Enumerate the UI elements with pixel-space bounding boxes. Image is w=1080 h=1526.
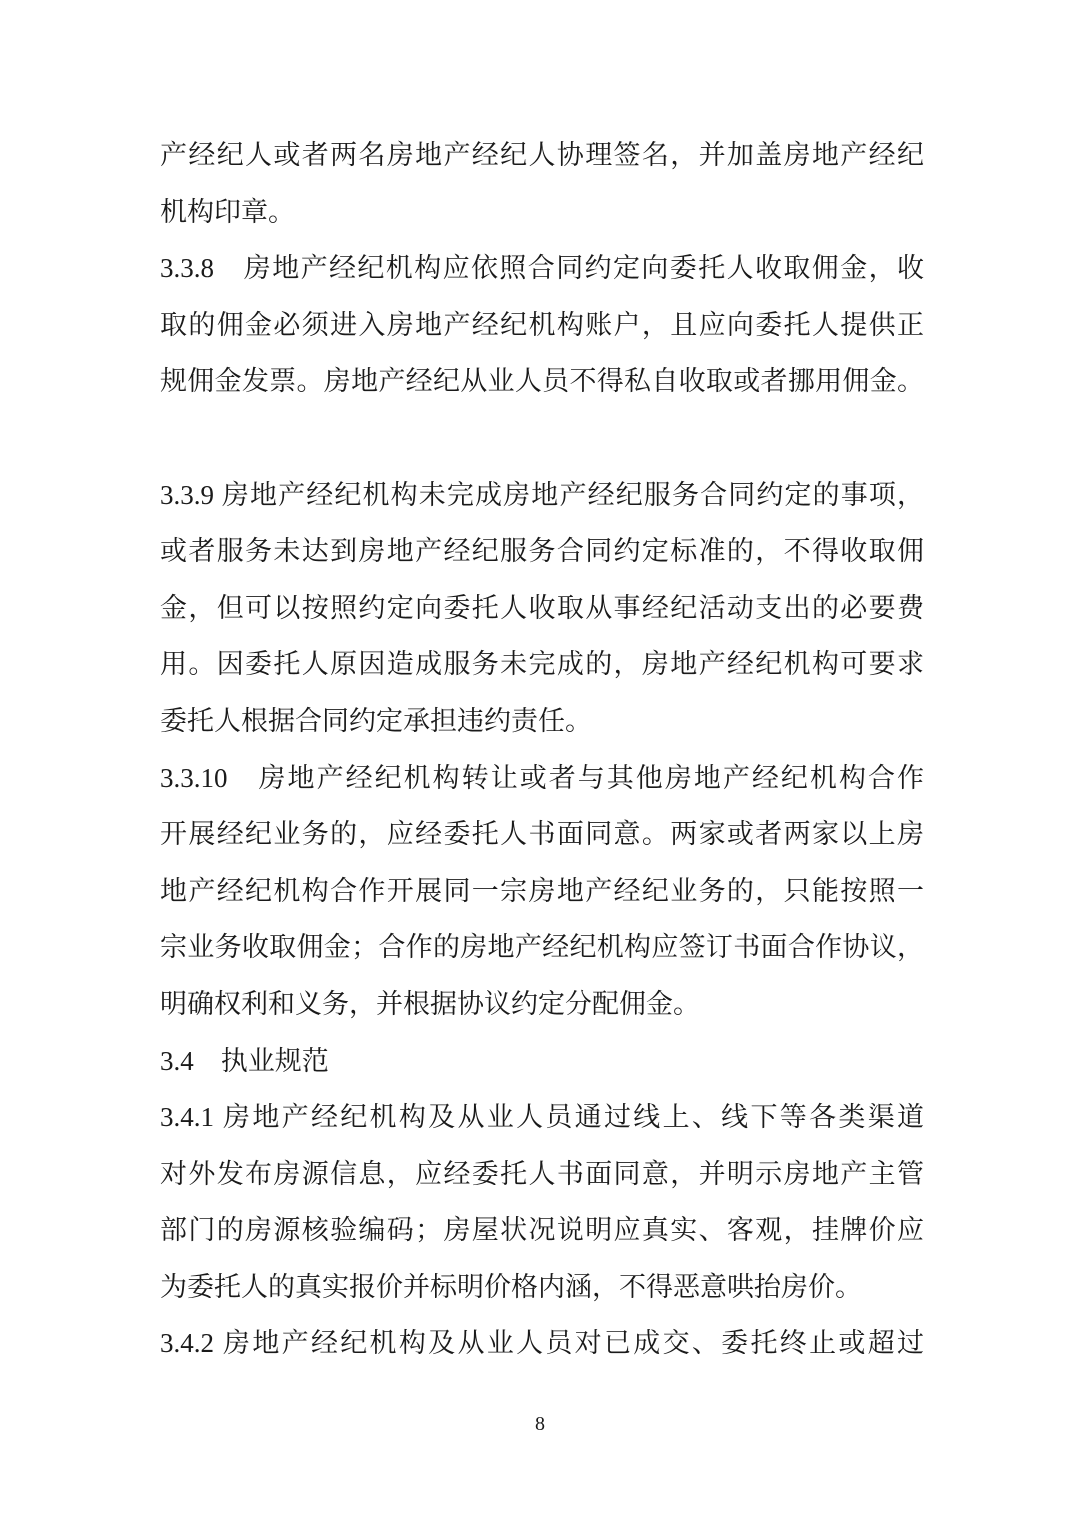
- text-line: 开展经纪业务的，应经委托人书面同意。两家或者两家以上房: [160, 806, 924, 863]
- text-line-section-3-3-10: 3.3.10 房地产经纪机构转让或者与其他房地产经纪机构合作: [160, 750, 924, 807]
- text-line: 取的佣金必须进入房地产经纪机构账户，且应向委托人提供正: [160, 297, 924, 354]
- document-page: 产经纪人或者两名房地产经纪人协理签名，并加盖房地产经纪 机构印章。 3.3.8 …: [0, 0, 1080, 1526]
- text-line: 金，但可以按照约定向委托人收取从事经纪活动支出的必要费: [160, 580, 924, 637]
- document-text-block: 产经纪人或者两名房地产经纪人协理签名，并加盖房地产经纪 机构印章。 3.3.8 …: [160, 127, 924, 1372]
- text-line: 机构印章。: [160, 184, 924, 241]
- text-line: 为委托人的真实报价并标明价格内涵，不得恶意哄抬房价。: [160, 1259, 924, 1316]
- page-number: 8: [0, 1410, 1080, 1438]
- text-line: 委托人根据合同约定承担违约责任。: [160, 693, 924, 750]
- text-line-section-3-4-2: 3.4.2 房地产经纪机构及从业人员对已成交、委托终止或超过: [160, 1315, 924, 1372]
- text-line: 用。因委托人原因造成服务未完成的，房地产经纪机构可要求: [160, 636, 924, 693]
- text-line-section-3-3-8: 3.3.8 房地产经纪机构应依照合同约定向委托人收取佣金，收: [160, 240, 924, 297]
- blank-line: [160, 410, 924, 467]
- text-line: 对外发布房源信息，应经委托人书面同意，并明示房地产主管: [160, 1146, 924, 1203]
- text-line: 地产经纪机构合作开展同一宗房地产经纪业务的，只能按照一: [160, 863, 924, 920]
- text-line: 部门的房源核验编码；房屋状况说明应真实、客观，挂牌价应: [160, 1202, 924, 1259]
- text-line: 明确权利和义务，并根据协议约定分配佣金。: [160, 976, 924, 1033]
- text-line: 宗业务收取佣金；合作的房地产经纪机构应签订书面合作协议，: [160, 919, 924, 976]
- text-line-section-3-3-9: 3.3.9 房地产经纪机构未完成房地产经纪服务合同约定的事项，: [160, 467, 924, 524]
- section-heading-3-4: 3.4 执业规范: [160, 1033, 924, 1090]
- text-line: 规佣金发票。房地产经纪从业人员不得私自收取或者挪用佣金。: [160, 353, 924, 410]
- text-line: 产经纪人或者两名房地产经纪人协理签名，并加盖房地产经纪: [160, 127, 924, 184]
- text-line-section-3-4-1: 3.4.1 房地产经纪机构及从业人员通过线上、线下等各类渠道: [160, 1089, 924, 1146]
- text-line: 或者服务未达到房地产经纪服务合同约定标准的，不得收取佣: [160, 523, 924, 580]
